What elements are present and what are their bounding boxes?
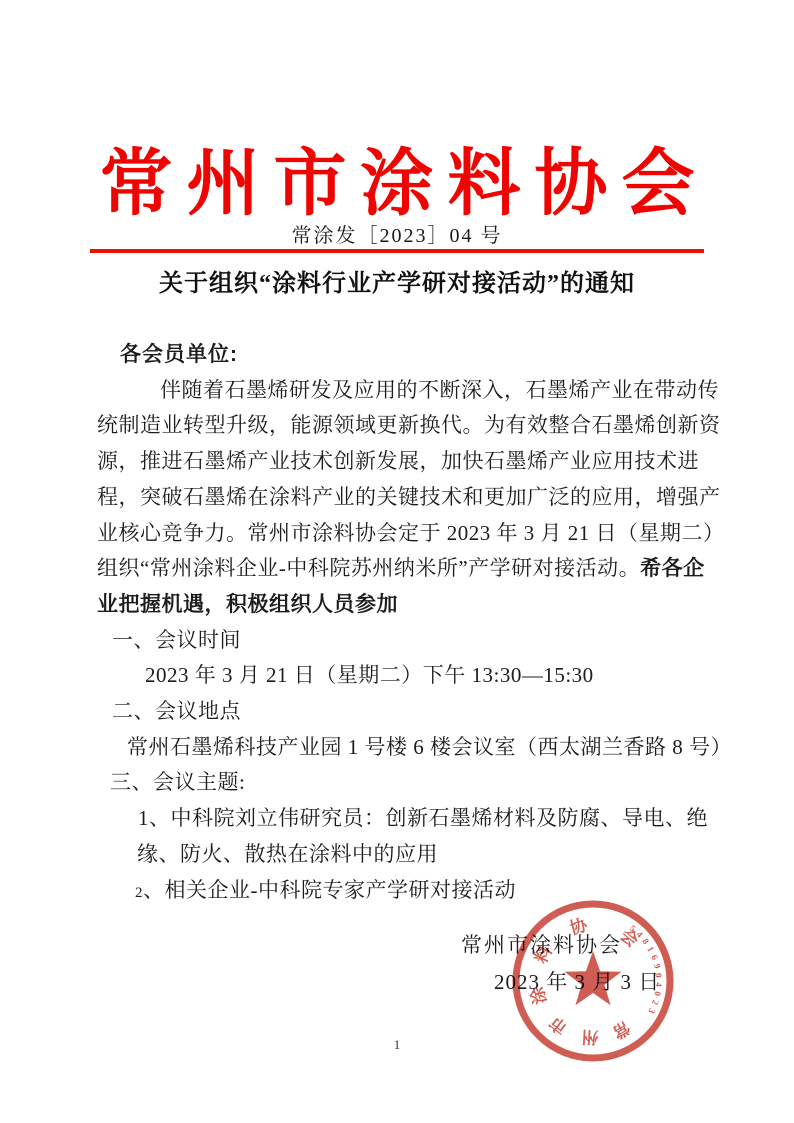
body-text-run: 业把握机遇，积极组织人员参加 xyxy=(97,592,398,616)
body-text-run: 伴随着石墨烯研发及应用的不断深入，石墨烯产业在带动传 xyxy=(160,378,719,402)
subject-title: 关于组织“涂料行业产学研对接活动”的通知 xyxy=(0,263,794,298)
body-text-run: 2 xyxy=(135,885,143,901)
body-text-run: 希各企 xyxy=(640,556,705,580)
body-text-run: 业核心竞争力。常州市涂料协会定于 2023 年 3 月 21 日（星期二） xyxy=(97,521,725,545)
body-text-run: 、相关企业-中科院专家产学研对接活动 xyxy=(143,878,516,902)
body-text-run: 统制造业转型升级，能源领域更新换代。为有效整合石墨烯创新资 xyxy=(97,413,721,437)
body-text-run: 源，推进石墨烯产业技术创新发展，加快石墨烯产业应用技术进 xyxy=(97,449,699,473)
body-text-run: 二、会议地点 xyxy=(112,699,241,723)
body-text-run: 常州石墨烯科技产业园 1 号楼 6 楼会议室（西太湖兰香路 8 号） xyxy=(127,735,732,759)
body-line: 一、会议时间 xyxy=(112,624,241,654)
body-text-run: 三、会议主题: xyxy=(110,770,245,794)
body-line: 业核心竞争力。常州市涂料协会定于 2023 年 3 月 21 日（星期二） xyxy=(97,517,725,547)
svg-text:市: 市 xyxy=(545,1012,571,1038)
body-line: 伴随着石墨烯研发及应用的不断深入，石墨烯产业在带动传 xyxy=(160,374,719,404)
svg-text:料: 料 xyxy=(530,942,556,966)
body-line: 业把握机遇，积极组织人员参加 xyxy=(97,588,398,618)
svg-text:4: 4 xyxy=(654,982,664,988)
svg-text:1: 1 xyxy=(645,945,656,954)
red-rule-divider xyxy=(90,249,704,253)
svg-text:0: 0 xyxy=(652,990,663,997)
svg-text:0: 0 xyxy=(654,973,664,979)
svg-text:6: 6 xyxy=(649,953,660,961)
body-line: 2023 年 3 月 21 日（星期二）下午 13:30—15:30 xyxy=(145,659,594,689)
body-line: 程，突破石墨烯在涂料产业的关键技术和更加广泛的应用，增强产 xyxy=(97,481,721,511)
svg-text:8: 8 xyxy=(640,936,651,946)
body-line: 三、会议主题: xyxy=(110,766,245,796)
body-text-run: 缘、防火、散热在涂料中的应用 xyxy=(137,842,438,866)
svg-text:涂: 涂 xyxy=(527,985,551,1008)
page-number: 1 xyxy=(0,1037,794,1053)
body-text-run: 2023 年 3 月 21 日（星期二）下午 13:30—15:30 xyxy=(145,663,594,687)
body-line: 二、会议地点 xyxy=(112,695,241,725)
document-page: 常州市涂料协会 常涂发［2023］04 号 关于组织“涂料行业产学研对接活动”的… xyxy=(0,0,794,1123)
body-line: 统制造业转型升级，能源领域更新换代。为有效整合石墨烯创新资 xyxy=(97,409,721,439)
body-line: 常州石墨烯科技产业园 1 号楼 6 楼会议室（西太湖兰香路 8 号） xyxy=(127,731,732,761)
seal-star-icon xyxy=(565,951,622,1005)
body-line: 缘、防火、散热在涂料中的应用 xyxy=(137,838,438,868)
body-line: 各会员单位: xyxy=(120,338,238,368)
body-text-run: 组织“常州涂料企业-中科院苏州纳米所”产学研对接活动。 xyxy=(97,556,640,580)
svg-text:协: 协 xyxy=(568,914,591,938)
body-line: 源，推进石墨烯产业技术创新发展，加快石墨烯产业应用技术进 xyxy=(97,445,699,475)
svg-text:9: 9 xyxy=(652,963,663,970)
body-line: 2、相关企业-中科院专家产学研对接活动 xyxy=(135,874,516,904)
svg-text:2: 2 xyxy=(650,999,661,1007)
body-text-run: 1、中科院刘立伟研究员：创新石墨烯材料及防腐、导电、绝 xyxy=(138,806,708,830)
body-text-run: 各会员单位: xyxy=(120,343,238,366)
org-title: 常州市涂料协会 xyxy=(0,124,794,229)
svg-text:3: 3 xyxy=(646,1007,657,1016)
doc-number: 常涂发［2023］04 号 xyxy=(0,219,794,248)
body-text-run: 一、会议时间 xyxy=(112,628,241,652)
body-line: 1、中科院刘立伟研究员：创新石墨烯材料及防腐、导电、绝 xyxy=(138,802,708,832)
body-text-run: 程，突破石墨烯在涂料产业的关键技术和更加广泛的应用，增强产 xyxy=(97,485,721,509)
body-line: 组织“常州涂料企业-中科院苏州纳米所”产学研对接活动。希各企 xyxy=(97,552,705,582)
